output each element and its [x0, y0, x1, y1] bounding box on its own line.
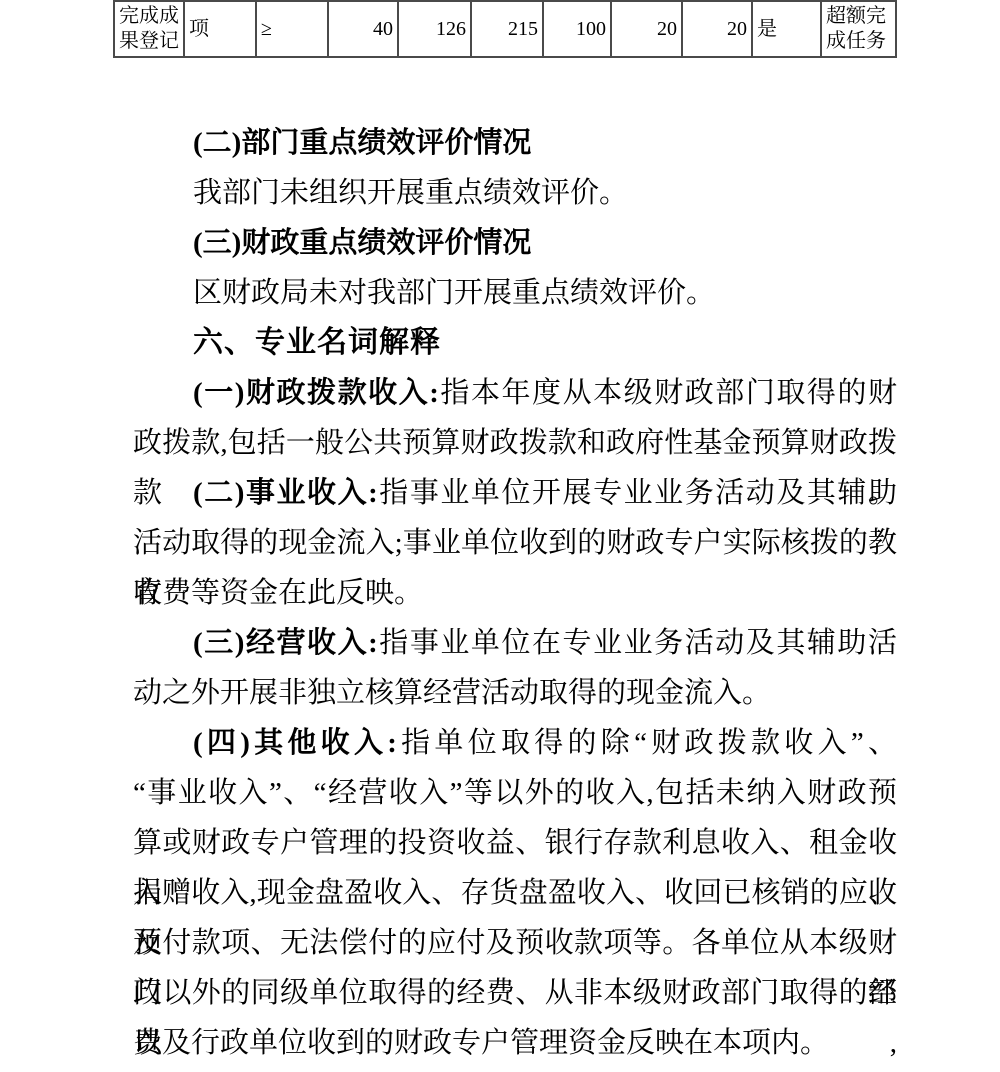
- text-segment: 区财政局未对我部门开展重点绩效评价。: [193, 277, 715, 309]
- table-row: 完成成果登记 项 ≥ 40 126 215 100 20 20 是 超额完成任务: [114, 1, 896, 57]
- text-line: (二)事业收入:指事业单位开展专业业务活动及其辅助: [133, 468, 897, 518]
- document-page: 完成成果登记 项 ≥ 40 126 215 100 20 20 是 超额完成任务…: [0, 0, 1000, 1072]
- text-segment: (三)经营收入:: [193, 627, 378, 659]
- text-segment: 指事业单位开展专业业务活动及其辅助: [378, 477, 897, 509]
- text-line: (一)财政拨款收入:指本年度从本级财政部门取得的财: [133, 368, 897, 418]
- cell-remark: 超额完成任务: [821, 1, 896, 57]
- text-segment: 六、专业名词解释: [193, 326, 441, 359]
- text-line: (二)部门重点绩效评价情况: [133, 118, 897, 168]
- text-line: 活动取得的现金流入;事业单位收到的财政专户实际核拨的教育: [133, 518, 897, 568]
- text-line: 我部门未组织开展重点绩效评价。: [133, 168, 897, 218]
- text-segment: 收费等资金在此反映。: [133, 577, 423, 609]
- cell-value-4: 100: [543, 1, 611, 57]
- text-line: 算或财政专户管理的投资收益、银行存款利息收入、租金收入、: [133, 818, 897, 868]
- text-line: 以及行政单位收到的财政专户管理资金反映在本项内。: [133, 1018, 897, 1068]
- text-line: 捐赠收入,现金盘盈收入、存货盘盈收入、收回已核销的应收及: [133, 868, 897, 918]
- text-segment: (一)财政拨款收入:: [193, 377, 439, 409]
- text-line: 区财政局未对我部门开展重点绩效评价。: [133, 268, 897, 318]
- text-line: (三)财政重点绩效评价情况: [133, 218, 897, 268]
- text-line: 收费等资金在此反映。: [133, 568, 897, 618]
- text-line: 门以外的同级单位取得的经费、从非本级财政部门取得的经费,: [133, 968, 897, 1018]
- text-segment: (四)其他收入:: [193, 727, 397, 759]
- text-segment: “事业收入”、“经营收入”等以外的收入,包括未纳入财政预: [133, 777, 897, 809]
- text-segment: 指单位取得的除“财政拨款收入”、: [397, 727, 897, 759]
- cell-comparator: ≥: [256, 1, 328, 57]
- text-line: 六、专业名词解释: [133, 318, 897, 368]
- cell-value-5: 20: [611, 1, 682, 57]
- text-line: 动之外开展非独立核算经营活动取得的现金流入。: [133, 668, 897, 718]
- cell-value-2: 126: [398, 1, 471, 57]
- cell-completed-flag: 是: [752, 1, 821, 57]
- document-body: (二)部门重点绩效评价情况我部门未组织开展重点绩效评价。(三)财政重点绩效评价情…: [133, 118, 897, 1068]
- text-line: 政拨款,包括一般公共预算财政拨款和政府性基金预算财政拨款。: [133, 418, 897, 468]
- cell-value-6: 20: [682, 1, 752, 57]
- text-segment: 指事业单位在专业业务活动及其辅助活: [378, 627, 897, 659]
- text-segment: (三)财政重点绩效评价情况: [193, 227, 531, 259]
- text-line: 预付款项、无法偿付的应付及预收款项等。各单位从本级财政部: [133, 918, 897, 968]
- text-segment: (二)部门重点绩效评价情况: [193, 127, 531, 159]
- cell-value-3: 215: [471, 1, 543, 57]
- cell-value-1: 40: [328, 1, 398, 57]
- text-segment: 以及行政单位收到的财政专户管理资金反映在本项内。: [133, 1027, 829, 1059]
- cell-indicator-name: 完成成果登记: [114, 1, 184, 57]
- text-segment: (二)事业收入:: [193, 477, 378, 509]
- text-segment: 动之外开展非独立核算经营活动取得的现金流入。: [133, 677, 771, 709]
- performance-indicator-table: 完成成果登记 项 ≥ 40 126 215 100 20 20 是 超额完成任务: [113, 0, 897, 58]
- text-line: (三)经营收入:指事业单位在专业业务活动及其辅助活: [133, 618, 897, 668]
- cell-unit: 项: [184, 1, 256, 57]
- text-line: (四)其他收入:指单位取得的除“财政拨款收入”、: [133, 718, 897, 768]
- text-line: “事业收入”、“经营收入”等以外的收入,包括未纳入财政预: [133, 768, 897, 818]
- text-segment: 我部门未组织开展重点绩效评价。: [193, 177, 628, 209]
- text-segment: 指本年度从本级财政部门取得的财: [439, 377, 897, 409]
